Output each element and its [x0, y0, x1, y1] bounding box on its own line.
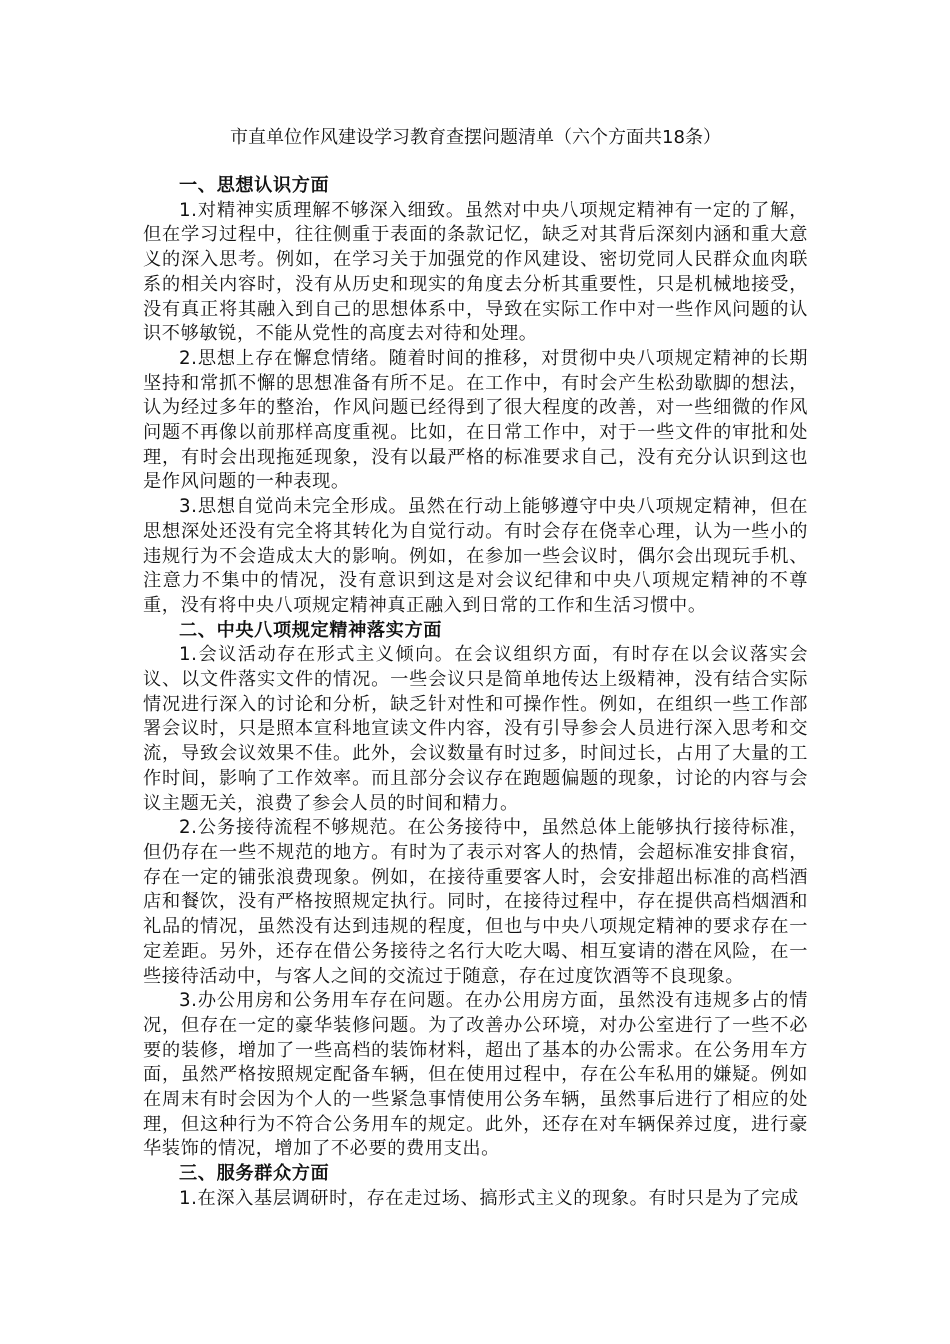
paragraph: 1.在深入基层调研时，存在走过场、搞形式主义的现象。有时只是为了完成: [143, 1187, 808, 1212]
section-heading-3: 三、服务群众方面: [143, 1162, 808, 1187]
document-title: 市直单位作风建设学习教育查摆问题清单（六个方面共18条）: [143, 126, 808, 150]
paragraph: 2.公务接待流程不够规范。在公务接待中，虽然总体上能够执行接待标准，但仍存在一些…: [143, 816, 808, 989]
paragraph: 1.对精神实质理解不够深入细致。虽然对中央八项规定精神有一定的了解，但在学习过程…: [143, 199, 808, 347]
section-heading-2: 二、中央八项规定精神落实方面: [143, 619, 808, 644]
document-body: 一、思想认识方面 1.对精神实质理解不够深入细致。虽然对中央八项规定精神有一定的…: [143, 174, 808, 1212]
paragraph: 3.办公用房和公务用车存在问题。在办公用房方面，虽然没有违规多占的情况，但存在一…: [143, 989, 808, 1162]
section-heading-1: 一、思想认识方面: [143, 174, 808, 199]
paragraph: 1.会议活动存在形式主义倾向。在会议组织方面，有时存在以会议落实会议、以文件落实…: [143, 643, 808, 816]
paragraph: 3.思想自觉尚未完全形成。虽然在行动上能够遵守中央八项规定精神，但在思想深处还没…: [143, 495, 808, 619]
paragraph: 2.思想上存在懈怠情绪。随着时间的推移，对贯彻中央八项规定精神的长期坚持和常抓不…: [143, 347, 808, 495]
